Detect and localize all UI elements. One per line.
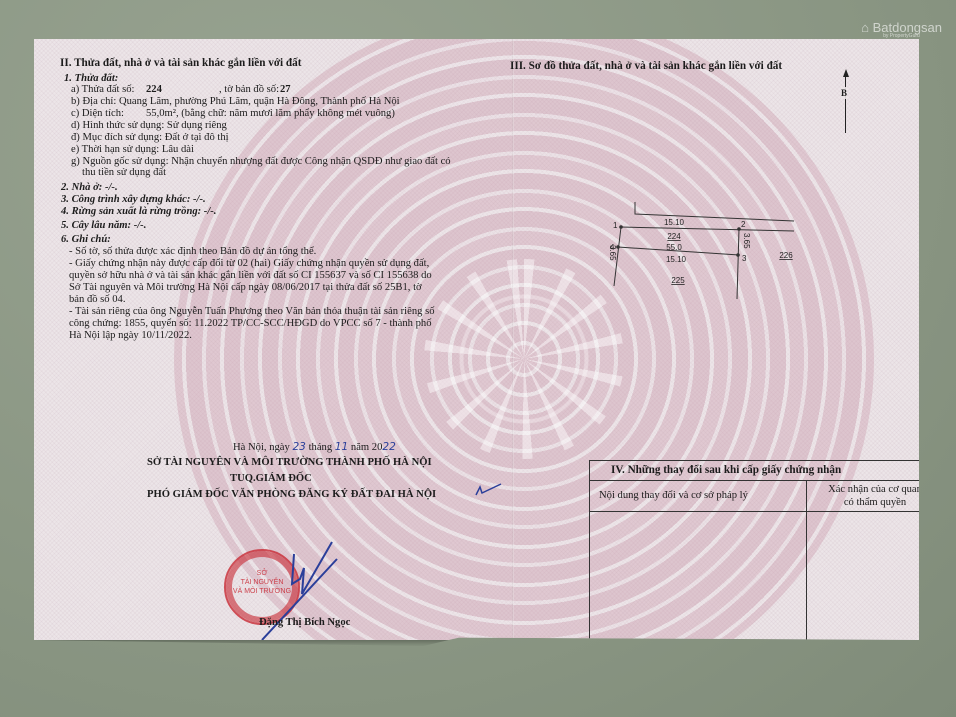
usage-origin-cont: thu tiền sử dụng đất (82, 167, 166, 179)
notes-heading: 6. Ghi chú: (61, 234, 111, 246)
svg-text:3.65: 3.65 (608, 245, 617, 261)
authorization: TUQ.GIÁM ĐỐC (230, 473, 312, 485)
svg-text:55.0: 55.0 (666, 243, 682, 252)
note-line: - Tài sản riêng của ông Nguyễn Tuấn Phươ… (69, 306, 435, 318)
svg-text:3.65: 3.65 (742, 233, 751, 249)
table-divider (806, 511, 807, 640)
north-arrow-icon (843, 69, 849, 77)
corner-3-marker (736, 253, 740, 257)
section-3-title: III. Sơ đồ thửa đất, nhà ở và tài sản kh… (510, 60, 782, 72)
note-line: - Số tờ, số thửa được xác định theo Bản … (69, 246, 316, 258)
initial-mark (474, 481, 504, 497)
area-label: c) Diện tích: (71, 108, 124, 120)
forest-item: 4. Rừng sản xuất là rừng trồng: -/-. (61, 206, 216, 218)
watermark-logo-icon: ⌂ (861, 20, 869, 35)
map-sheet-label: , tờ bản đồ số: (219, 84, 279, 96)
svg-text:224: 224 (667, 232, 681, 241)
column-header-change-content: Nội dung thay đổi và cơ sở pháp lý (590, 481, 806, 512)
issue-day: 23 (292, 441, 305, 453)
usage-purpose: đ) Mục đích sử dụng: Đất ở tại đô thị (71, 132, 229, 144)
issuing-agency: SỞ TÀI NGUYÊN VÀ MÔI TRƯỜNG THÀNH PHỐ HÀ… (147, 457, 432, 469)
note-line: Hà Nội lập ngày 10/11/2022. (69, 330, 192, 342)
svg-text:1: 1 (613, 221, 618, 230)
signer-name: Đặng Thị Bích Ngọc (259, 617, 350, 629)
parcel-diagram: 1 2 3 4 15.10 15.10 224 55.0 3.65 3.65 2… (594, 199, 834, 329)
note-line: quyền sở hữu nhà ở và tài sản khác gắn l… (69, 270, 432, 282)
svg-text:2: 2 (741, 220, 746, 229)
perennial-item: 5. Cây lâu năm: -/-. (61, 220, 146, 232)
svg-text:225: 225 (671, 276, 685, 285)
usage-form: d) Hình thức sử dụng: Sử dụng riêng (71, 120, 227, 132)
issue-date: Hà Nội, ngày 23 tháng 11 năm 2022 (233, 441, 396, 454)
note-line: Sở Tài nguyên và Môi trường Hà Nội cấp n… (69, 282, 422, 294)
section-4-title: IV. Những thay đổi sau khi cấp giấy chứn… (590, 461, 919, 481)
usage-term: e) Thời hạn sử dụng: Lâu dài (71, 144, 194, 156)
svg-text:15.10: 15.10 (666, 255, 687, 264)
area-value: 55,0m², (bằng chữ: năm mươi lăm phẩy khô… (146, 108, 395, 120)
map-sheet-value: 27 (280, 84, 291, 96)
svg-text:226: 226 (779, 251, 793, 260)
note-line: công chứng: 1855, quyển số: 11.2022 TP/C… (69, 318, 432, 330)
issue-year-suffix: 22 (382, 441, 395, 453)
column-header-authority-confirmation: Xác nhận của cơ quan có thẩm quyền (806, 481, 919, 512)
paper-fold (512, 39, 514, 640)
parcel-number-label: a) Thửa đất số: (71, 84, 135, 96)
changes-table: IV. Những thay đổi sau khi cấp giấy chứn… (589, 460, 919, 640)
house-item: 2. Nhà ở: -/-. (61, 182, 118, 194)
parcel-number-value: 224 (146, 84, 162, 96)
svg-text:15.10: 15.10 (664, 218, 685, 227)
issue-month: 11 (335, 441, 348, 453)
section-2-title: II. Thửa đất, nhà ở và tài sản khác gắn … (60, 57, 301, 69)
signer-role: PHÓ GIÁM ĐỐC VĂN PHÒNG ĐĂNG KÝ ĐẤT ĐAI H… (147, 489, 436, 501)
north-arrow: B (841, 69, 851, 139)
land-certificate-page: II. Thửa đất, nhà ở và tài sản khác gắn … (34, 39, 919, 640)
address: b) Địa chỉ: Quang Lãm, phường Phú Lãm, q… (71, 96, 400, 108)
batdongsan-watermark: ⌂ Batdongsan by PropertyGuru (861, 20, 942, 39)
svg-text:3: 3 (742, 254, 747, 263)
note-line: bản đồ số 04. (69, 294, 126, 306)
other-works-item: 3. Công trình xây dựng khác: -/-. (61, 194, 206, 206)
note-line: - Giấy chứng nhận này được cấp đổi từ 02… (69, 258, 429, 270)
corner-1-marker (619, 225, 623, 229)
